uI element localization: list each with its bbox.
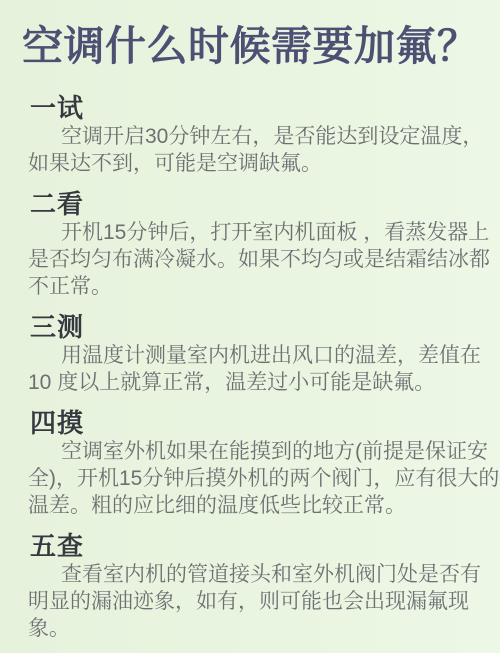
infographic-poster: 空调什么时候需要加氟？ 一试 空调开启30分钟左右，是否能达到设定温度，如果达不… — [0, 0, 500, 653]
section-body-line: 空调开启30分钟左右，是否能达到设定温度， — [28, 123, 474, 150]
section-body-line: 10 度以上就算正常，温差过小可能是缺氟。 — [28, 369, 474, 396]
section-body-line: 全)，开机15分钟后摸外机的两个阀门，应有很大的 — [28, 465, 474, 492]
tip-section: 一试 空调开启30分钟左右，是否能达到设定温度，如果达不到，可能是空调缺氟。 — [28, 93, 474, 177]
section-heading: 五查 — [30, 531, 474, 561]
section-body-line: 温差。粗的应比细的温度低些比较正常。 — [28, 492, 474, 519]
tip-section: 四摸 空调室外机如果在能摸到的地方(前提是保证安全)，开机15分钟后摸外机的两个… — [28, 408, 474, 519]
section-body-line: 明显的漏油迹象，如有，则可能也会出现漏氟现 — [28, 588, 474, 615]
section-body-line: 开机15分钟后，打开室内机面板 ，看蒸发器上 — [28, 219, 474, 246]
section-body-line: 不正常。 — [28, 273, 474, 300]
section-body-line: 用温度计测量室内机进出风口的温差，差值在 — [28, 342, 474, 369]
section-heading: 三测 — [30, 312, 474, 342]
section-body-line: 空调室外机如果在能摸到的地方(前提是保证安 — [28, 438, 474, 465]
section-heading: 二看 — [30, 189, 474, 219]
page-title: 空调什么时候需要加氟？ — [0, 0, 500, 73]
section-body-line: 是否均匀布满冷凝水。如果不均匀或是结霜结冰都 — [28, 246, 474, 273]
section-body-line: 象。 — [28, 615, 474, 642]
tip-section: 三测 用温度计测量室内机进出风口的温差，差值在10 度以上就算正常，温差过小可能… — [28, 312, 474, 396]
section-body-line: 查看室内机的管道接头和室外机阀门处是否有 — [28, 561, 474, 588]
tip-section: 二看 开机15分钟后，打开室内机面板 ，看蒸发器上是否均匀布满冷凝水。如果不均匀… — [28, 189, 474, 300]
sections-container: 一试 空调开启30分钟左右，是否能达到设定温度，如果达不到，可能是空调缺氟。 二… — [0, 73, 500, 642]
tip-section: 五查 查看室内机的管道接头和室外机阀门处是否有明显的漏油迹象，如有，则可能也会出… — [28, 531, 474, 642]
section-heading: 一试 — [30, 93, 474, 123]
section-heading: 四摸 — [30, 408, 474, 438]
section-body-line: 如果达不到，可能是空调缺氟。 — [28, 150, 474, 177]
